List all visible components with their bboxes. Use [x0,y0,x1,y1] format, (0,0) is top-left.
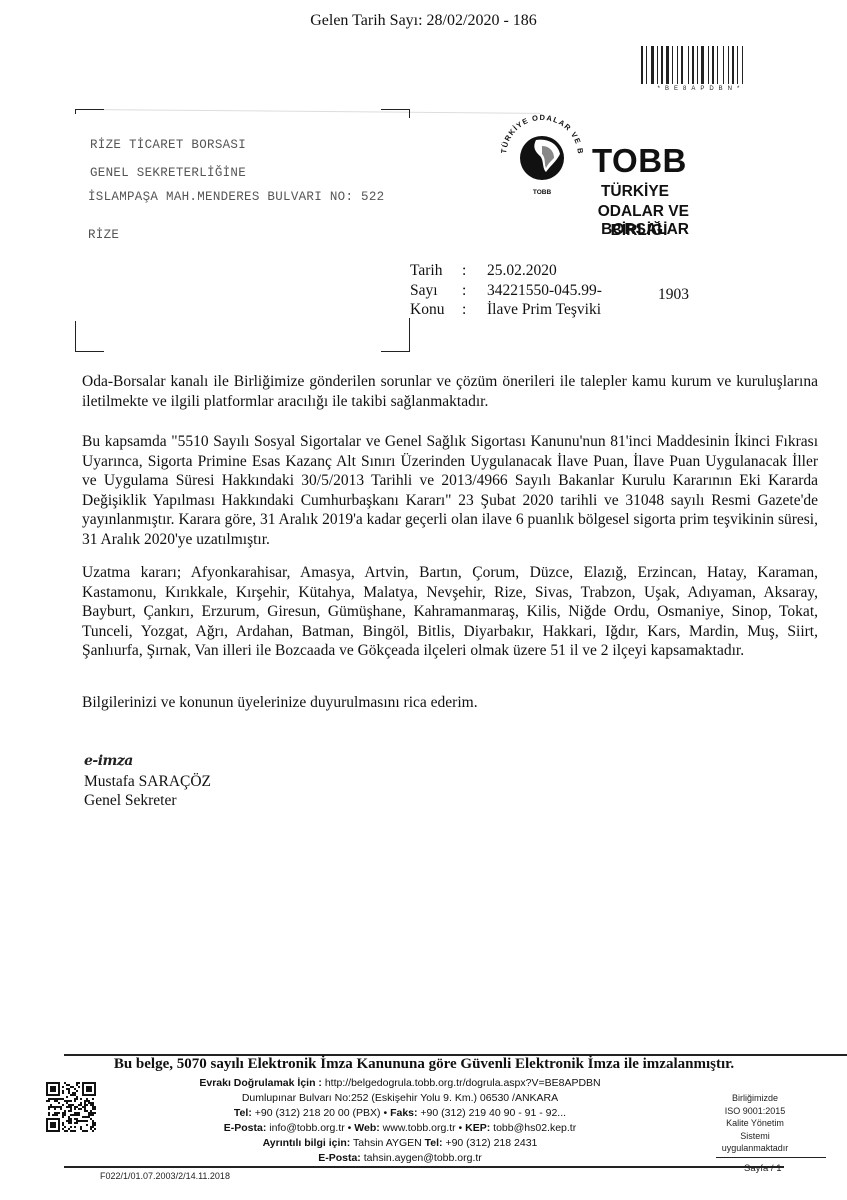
barcode-bars [641,46,759,84]
meta-number-value: 34221550-045.99- [487,282,602,300]
detail-label: Ayrıntılı bilgi için: [263,1137,351,1149]
signer-title: Genel Sekreter [84,792,177,810]
form-code: F022/1/01.07.2003/2/14.11.2018 [100,1171,230,1181]
recipient-line: İSLAMPAŞA MAH.MENDERES BULVARI NO: 522 [88,190,384,204]
body-paragraph: Bu kapsamda "5510 Sayılı Sosyal Sigortal… [82,432,818,550]
detail-email-link[interactable]: tahsin.aygen@tobb.org.tr [364,1152,482,1164]
tobb-emblem-icon: TÜRKİYE ODALAR VE BORSALAR BİRLİĞİ TOBB [496,110,588,202]
footer-phone-line: Tel: +90 (312) 218 20 00 (PBX) • Faks: +… [170,1106,630,1121]
tel-value: +90 (312) 218 20 00 (PBX) [255,1107,381,1119]
iso-line: uygulanmaktadır [700,1142,810,1155]
footer-address: Dumlupınar Bulvarı No:252 (Eskişehir Yol… [170,1091,630,1106]
address-corner-top-right [381,109,410,118]
body-paragraph: Uzatma kararı; Afyonkarahisar, Amasya, A… [82,563,818,661]
meta-subject-label: Konu [410,301,462,319]
meta-number-label: Sayı [410,282,462,300]
meta-separator: : [462,262,487,280]
meta-subject: Konu : İlave Prim Teşviki [410,301,601,319]
incoming-date-stamp: Gelen Tarih Sayı: 28/02/2020 - 186 [0,12,847,30]
barcode-text: *BE8APDBN* [641,86,761,92]
footer-bottom-divider-right [716,1157,826,1158]
bullet: • [459,1122,463,1134]
logo-subtitle: BİRLİĞİ [604,222,674,240]
footer-bottom-divider [64,1166,784,1168]
detail-email-label: E-Posta: [318,1152,361,1164]
footer-contact-line: E-Posta: info@tobb.org.tr • Web: www.tob… [170,1121,630,1136]
web-label: Web: [354,1122,379,1134]
iso-line: Birliğimizde [700,1092,810,1105]
address-corner-bottom-right [381,318,410,352]
tel-label: Tel: [234,1107,252,1119]
detail-person: Tahsin AYGEN [353,1137,422,1149]
barcode [641,46,759,86]
footer-detail-line: Ayrıntılı bilgi için: Tahsin AYGEN Tel: … [170,1136,630,1151]
body-paragraph: Oda-Borsalar kanalı ile Birliğimize gönd… [82,372,818,411]
fax-label: Faks: [390,1107,417,1119]
meta-separator: : [462,282,487,300]
verify-link[interactable]: http://belgedogrula.tobb.org.tr/dogrula.… [325,1077,601,1089]
bullet: • [348,1122,352,1134]
iso-line: Sistemi [700,1130,810,1143]
iso-notice: Birliğimizde ISO 9001:2015 Kalite Yöneti… [700,1092,810,1155]
meta-date-label: Tarih [410,262,462,280]
footer-verify-line: Evrakı Doğrulamak İçin : http://belgedog… [170,1076,630,1091]
logo-title: TOBB [592,142,687,180]
verify-label: Evrakı Doğrulamak İçin : [199,1077,322,1089]
iso-line: Kalite Yönetim [700,1117,810,1130]
meta-number-suffix: 1903 [658,286,689,304]
email-link[interactable]: info@tobb.org.tr [269,1122,344,1134]
page-number: Sayfa / 1 [744,1163,782,1174]
kep-value: tobb@hs02.kep.tr [493,1122,576,1134]
footer-esign-notice: Bu belge, 5070 sayılı Elektronik İmza Ka… [64,1056,784,1073]
meta-date: Tarih : 25.02.2020 [410,262,557,280]
detail-tel-label: Tel: [425,1137,443,1149]
meta-date-value: 25.02.2020 [487,262,557,280]
bullet: • [383,1107,387,1119]
svg-text:TOBB: TOBB [533,189,552,196]
fold-line [100,109,540,114]
recipient-line: RİZE TİCARET BORSASI [90,138,246,152]
meta-separator: : [462,301,487,319]
detail-tel-value: +90 (312) 218 2431 [445,1137,537,1149]
meta-number: Sayı : 34221550-045.99- [410,282,602,300]
meta-subject-value: İlave Prim Teşviki [487,301,601,319]
qr-code [46,1082,96,1132]
recipient-line: RİZE [88,228,119,242]
e-signature-mark: e-imza [84,753,133,769]
web-link[interactable]: www.tobb.org.tr [383,1122,456,1134]
body-paragraph: Bilgilerinizi ve konunun üyelerinize duy… [82,693,818,713]
logo-subtitle: TÜRKİYE [600,183,670,201]
signer-name: Mustafa SARAÇÖZ [84,773,211,791]
fax-value: +90 (312) 219 40 90 - 91 - 92... [420,1107,566,1119]
address-corner-top-left [75,109,104,114]
kep-label: KEP: [465,1122,490,1134]
iso-line: ISO 9001:2015 [700,1105,810,1118]
recipient-line: GENEL SEKRETERLİĞİNE [90,166,246,180]
email-label: E-Posta: [224,1122,267,1134]
footer-detail-email-line: E-Posta: tahsin.aygen@tobb.org.tr [170,1151,630,1166]
address-corner-bottom-left [75,321,104,352]
